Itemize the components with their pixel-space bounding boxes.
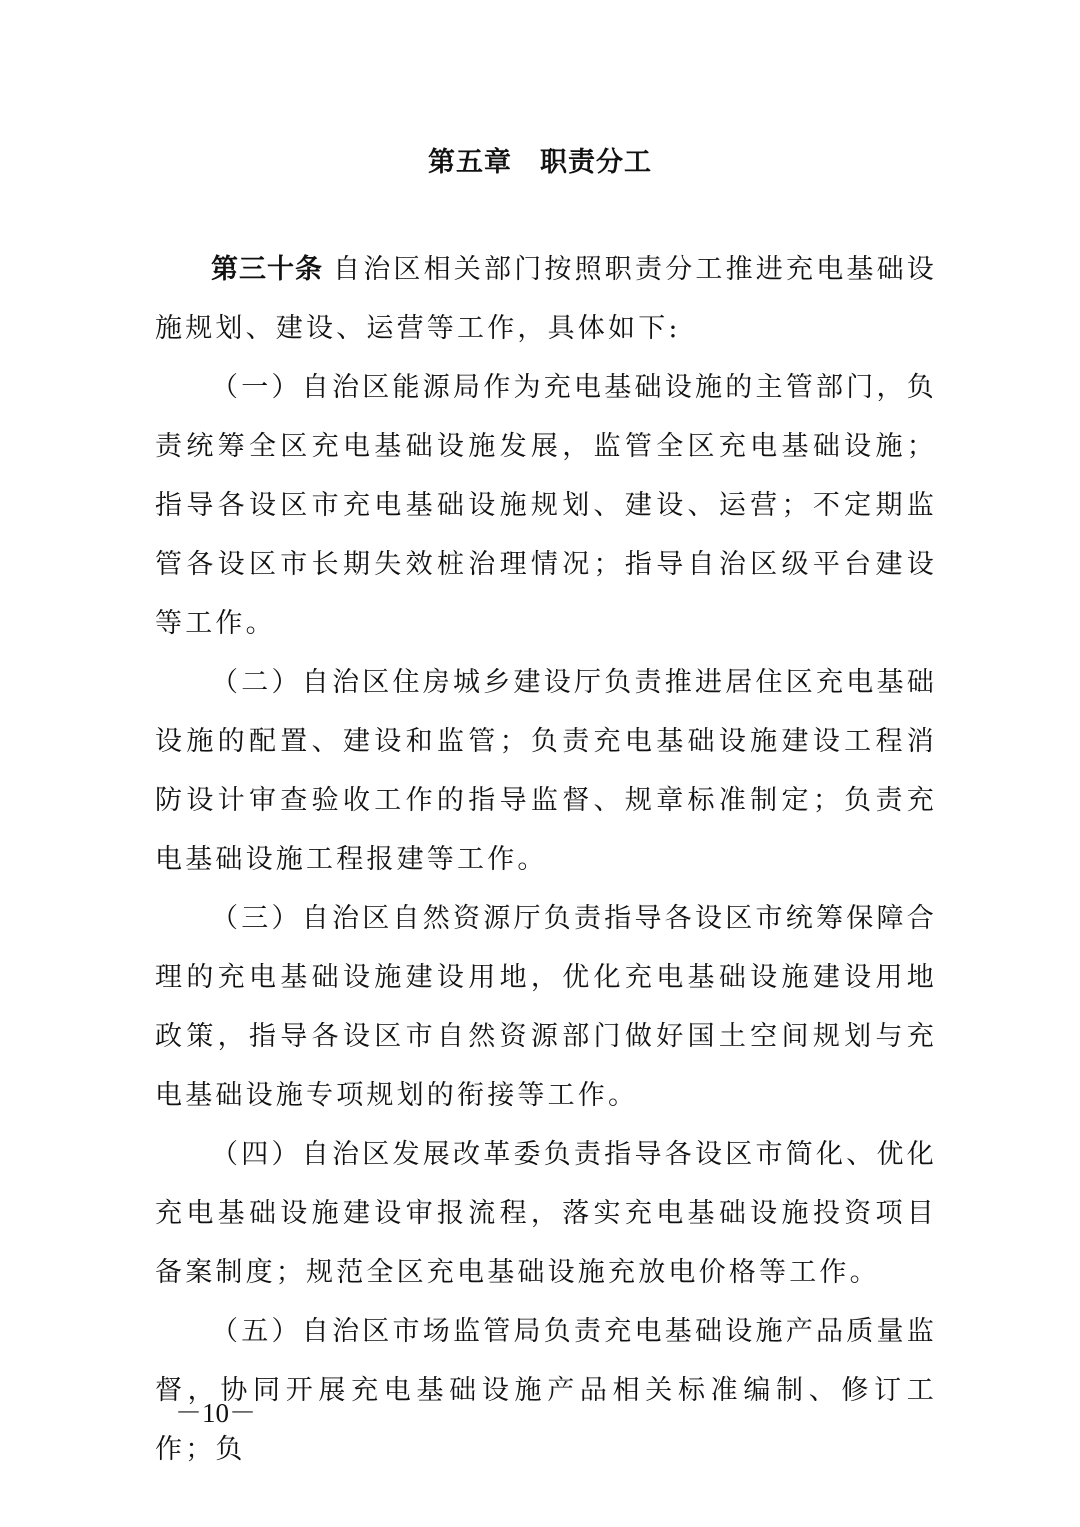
item-5: （五）自治区市场监管局负责充电基础设施产品质量监督，协同开展充电基础设施产品相关… [155,1302,937,1479]
page-number: －10－ [175,1398,256,1428]
item-1: （一）自治区能源局作为充电基础设施的主管部门，负责统筹全区充电基础设施发展，监管… [155,358,937,653]
document-page: 第五章职责分工 第三十条自治区相关部门按照职责分工推进充电基础设施规划、建设、运… [0,0,1080,1527]
chapter-title: 第五章职责分工 [0,143,1080,183]
chapter-number: 第五章 [428,147,512,178]
item-3: （三）自治区自然资源厅负责指导各设区市统筹保障合理的充电基础设施建设用地，优化充… [155,889,937,1125]
body-text: 第三十条自治区相关部门按照职责分工推进充电基础设施规划、建设、运营等工作，具体如… [155,240,937,1479]
chapter-name: 职责分工 [540,147,652,178]
article-30: 第三十条自治区相关部门按照职责分工推进充电基础设施规划、建设、运营等工作，具体如… [155,240,937,358]
item-4: （四）自治区发展改革委负责指导各设区市简化、优化充电基础设施建设审报流程，落实充… [155,1125,937,1302]
article-label: 第三十条 [211,254,323,285]
item-2: （二）自治区住房城乡建设厅负责推进居住区充电基础设施的配置、建设和监管；负责充电… [155,653,937,889]
